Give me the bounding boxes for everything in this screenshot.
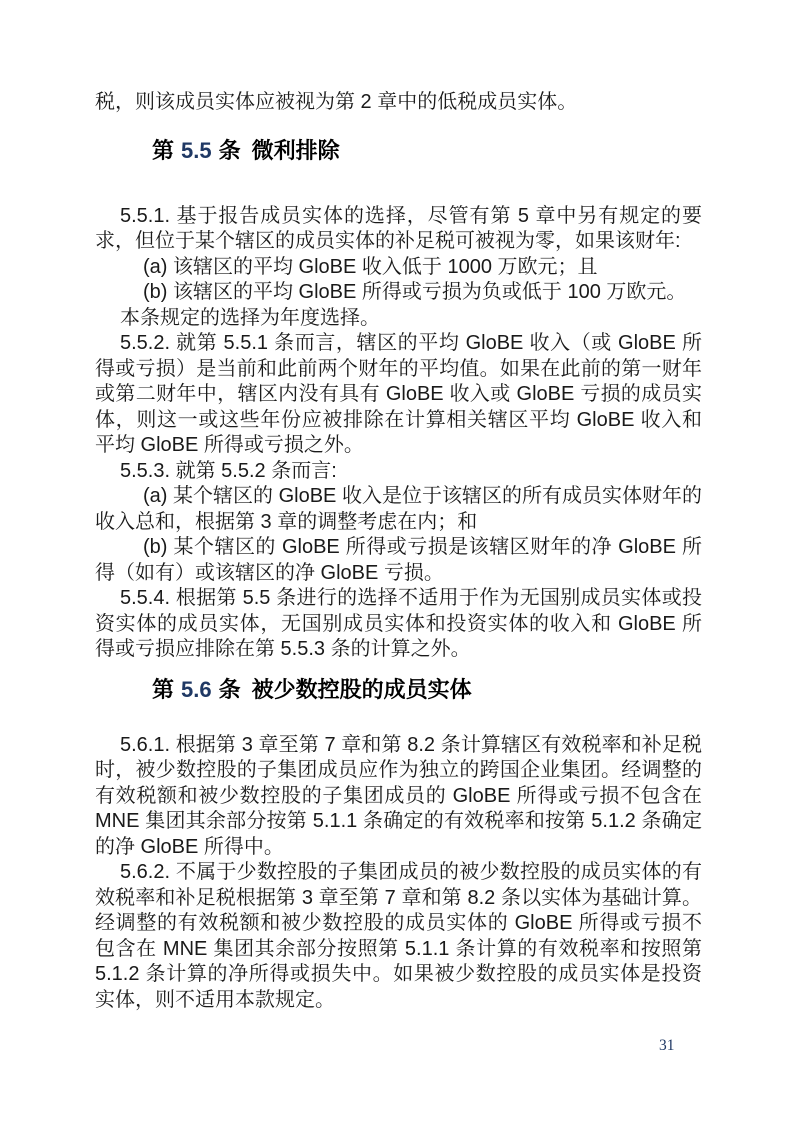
heading-unit: 条 [219,138,241,163]
list-item-paragraph: (a) 某个辖区的 GloBE 收入是位于该辖区的所有成员实体财年的收入总和，根… [95,484,702,535]
section-heading: 第5.6条被少数控股的成员实体 [152,675,702,705]
heading-prefix: 第 [152,677,174,702]
list-item-paragraph: (a) 该辖区的平均 GloBE 收入低于 1000 万欧元；且 [95,255,702,281]
heading-unit: 条 [219,677,241,702]
body-paragraph: 5.5.3. 就第 5.5.2 条而言: [95,459,702,485]
body-paragraph: 5.6.1. 根据第 3 章至第 7 章和第 8.2 条计算辖区有效税率和补足税… [95,733,702,861]
sections-container: 第5.5条微利排除5.5.1. 基于报告成员实体的选择，尽管有第 5 章中另有规… [95,136,702,1014]
heading-prefix: 第 [152,138,174,163]
page-number: 31 [659,1037,675,1055]
body-paragraph: 本条规定的选择为年度选择。 [95,306,702,332]
section-heading: 第5.5条微利排除 [152,136,702,166]
body-paragraph: 5.5.2. 就第 5.5.1 条而言，辖区的平均 GloBE 收入（或 Glo… [95,331,702,459]
list-item-paragraph: (b) 该辖区的平均 GloBE 所得或亏损为负或低于 100 万欧元。 [95,280,702,306]
body-paragraph: 5.5.4. 根据第 5.5 条进行的选择不适用于作为无国别成员实体或投资实体的… [95,586,702,663]
page-content: 税，则该成员实体应被视为第 2 章中的低税成员实体。 第5.5条微利排除5.5.… [95,90,702,1013]
list-item-paragraph: (b) 某个辖区的 GloBE 所得或亏损是该辖区财年的净 GloBE 所得（如… [95,535,702,586]
heading-number: 5.5 [181,138,212,163]
heading-number: 5.6 [181,677,212,702]
leading-paragraph: 税，则该成员实体应被视为第 2 章中的低税成员实体。 [95,90,702,116]
heading-title: 被少数控股的成员实体 [252,677,472,702]
document-page: 税，则该成员实体应被视为第 2 章中的低税成员实体。 第5.5条微利排除5.5.… [0,0,794,1123]
body-paragraph: 5.6.2. 不属于少数控股的子集团成员的被少数控股的成员实体的有效税率和补足税… [95,860,702,1013]
body-paragraph: 5.5.1. 基于报告成员实体的选择，尽管有第 5 章中另有规定的要求，但位于某… [95,204,702,255]
section: 第5.6条被少数控股的成员实体5.6.1. 根据第 3 章至第 7 章和第 8.… [95,675,702,1014]
heading-title: 微利排除 [252,138,340,163]
section: 第5.5条微利排除5.5.1. 基于报告成员实体的选择，尽管有第 5 章中另有规… [95,136,702,663]
